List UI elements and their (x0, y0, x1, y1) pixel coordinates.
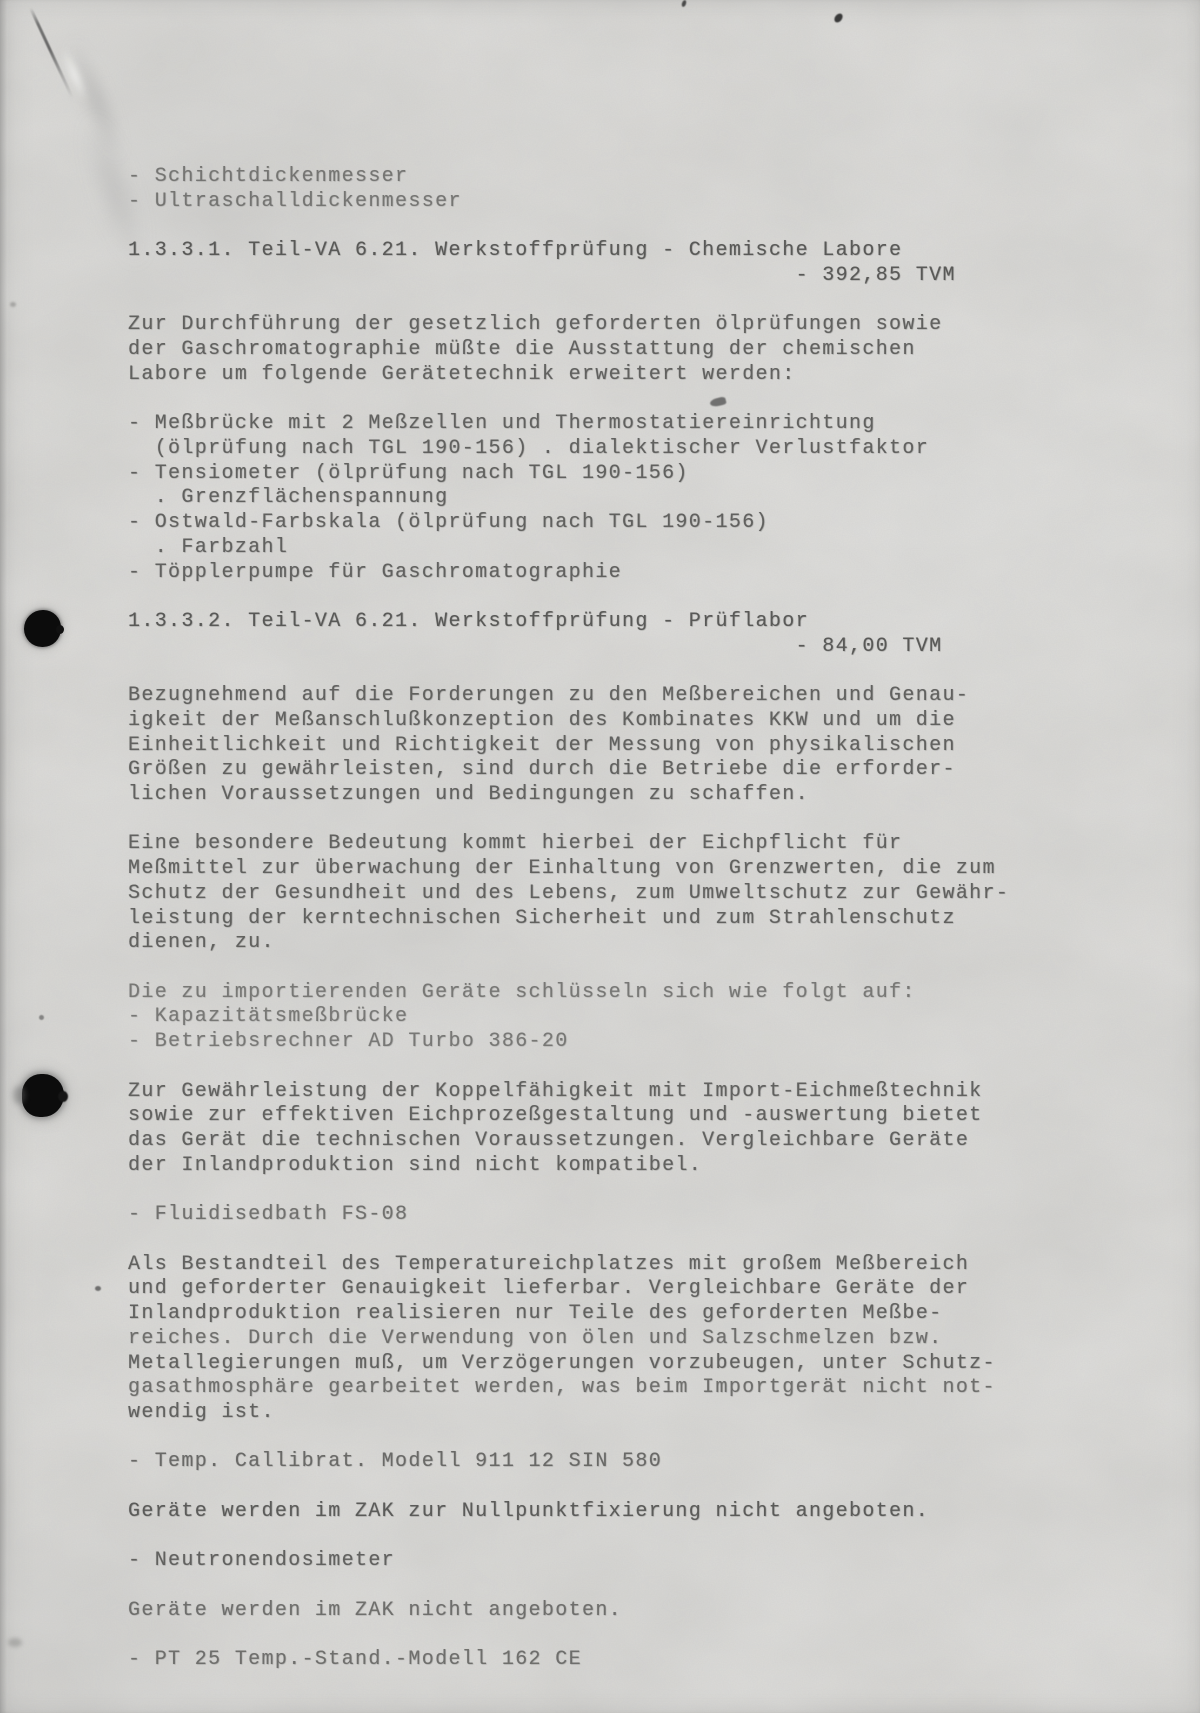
text-line: . Farbzahl (128, 536, 1009, 561)
text-line: Bezugnehmend auf die Forderungen zu den … (128, 684, 1009, 709)
text-line (128, 1525, 1009, 1550)
text-line: - Meßbrücke mit 2 Meßzellen und Thermost… (128, 412, 1009, 437)
text-line (128, 585, 1009, 610)
text-line (128, 1574, 1009, 1599)
text-line (128, 1623, 1009, 1648)
text-line: - PT 25 Temp.-Stand.-Modell 162 CE (128, 1648, 1009, 1673)
text-line: Eine besondere Bedeutung kommt hierbei d… (128, 832, 1009, 857)
text-line: - 392,85 TVM (128, 264, 1009, 289)
hole-punch-bottom (22, 1074, 64, 1117)
text-line (128, 214, 1009, 239)
scan-edge-shading (0, 0, 7, 1713)
text-line (128, 1228, 1009, 1253)
text-line: - Töpplerpumpe für Gaschromatographie (128, 561, 1009, 586)
text-line: der Gaschromatographie müßte die Ausstat… (128, 338, 1009, 363)
edge-smudge (10, 302, 16, 307)
text-line: gasathmosphäre gearbeitet werden, was be… (128, 1376, 1009, 1401)
text-line: sowie zur effektiven Eichprozeßgestaltun… (128, 1104, 1009, 1129)
ink-speck (833, 12, 845, 24)
scanned-page: - Schichtdickenmesser- Ultraschalldicken… (0, 0, 1200, 1713)
text-line (128, 1055, 1009, 1080)
text-line: . Grenzflächenspannung (128, 486, 1009, 511)
edge-smudge (8, 1638, 22, 1647)
text-line: Inlandproduktion realisieren nur Teile d… (128, 1302, 1009, 1327)
text-line: wendig ist. (128, 1401, 1009, 1426)
text-line: (ölprüfung nach TGL 190-156) . dialektis… (128, 437, 1009, 462)
text-line: - Ultraschalldickenmesser (128, 190, 1009, 215)
text-line: das Gerät die technischen Voraussetzunge… (128, 1129, 1009, 1154)
text-line: - Fluidisedbath FS-08 (128, 1203, 1009, 1228)
text-line: lichen Voraussetzungen und Bedingungen z… (128, 783, 1009, 808)
text-line: dienen, zu. (128, 931, 1009, 956)
text-line (128, 387, 1009, 412)
ink-speck (39, 1015, 44, 1020)
text-line: - Schichtdickenmesser (128, 165, 1009, 190)
text-line: Die zu importierenden Geräte schlüsseln … (128, 981, 1009, 1006)
text-line: - Ostwald-Farbskala (ölprüfung nach TGL … (128, 511, 1009, 536)
text-line: Labore um folgende Gerätetechnik erweite… (128, 363, 1009, 388)
text-line: Schutz der Gesundheit und des Lebens, zu… (128, 882, 1009, 907)
hole-punch-top (24, 610, 61, 647)
text-line: und geforderter Genauigkeit lieferbar. V… (128, 1277, 1009, 1302)
text-line: - Tensiometer (ölprüfung nach TGL 190-15… (128, 462, 1009, 487)
ink-speck (681, 0, 687, 7)
text-line (128, 289, 1009, 314)
text-line: - Betriebsrechner AD Turbo 386-20 (128, 1030, 1009, 1055)
text-line (128, 659, 1009, 684)
text-line: igkeit der Meßanschlußkonzeption des Kom… (128, 709, 1009, 734)
document-text: - Schichtdickenmesser- Ultraschalldicken… (128, 165, 1009, 1673)
text-line: 1.3.3.2. Teil-VA 6.21. Werkstoffprüfung … (128, 610, 1009, 635)
text-line (128, 1426, 1009, 1451)
text-line (128, 1178, 1009, 1203)
text-line: reiches. Durch die Verwendung von ölen u… (128, 1327, 1009, 1352)
text-line: Geräte werden im ZAK nicht angeboten. (128, 1599, 1009, 1624)
text-line: - 84,00 TVM (128, 635, 1009, 660)
text-line: der Inlandproduktion sind nicht kompatib… (128, 1154, 1009, 1179)
text-line: - Neutronendosimeter (128, 1549, 1009, 1574)
text-line: Zur Durchführung der gesetzlich geforder… (128, 313, 1009, 338)
text-line: leistung der kerntechnischen Sicherheit … (128, 907, 1009, 932)
text-line: Zur Gewährleistung der Koppelfähigkeit m… (128, 1080, 1009, 1105)
stray-period-mark (95, 1286, 101, 1291)
text-line (128, 808, 1009, 833)
text-line: - Temp. Callibrat. Modell 911 12 SIN 580 (128, 1450, 1009, 1475)
text-line: - Kapazitätsmeßbrücke (128, 1005, 1009, 1030)
text-line (128, 1475, 1009, 1500)
text-line (128, 956, 1009, 981)
text-line: Metallegierungen muß, um Verzögerungen v… (128, 1352, 1009, 1377)
text-line: Meßmittel zur überwachung der Einhaltung… (128, 857, 1009, 882)
text-line: 1.3.3.1. Teil-VA 6.21. Werkstoffprüfung … (128, 239, 1009, 264)
text-line: Größen zu gewährleisten, sind durch die … (128, 758, 1009, 783)
text-line: Als Bestandteil des Temperatureichplatze… (128, 1253, 1009, 1278)
text-line: Geräte werden im ZAK zur Nullpunktfixier… (128, 1500, 1009, 1525)
text-line: Einheitlichkeit und Richtigkeit der Mess… (128, 734, 1009, 759)
